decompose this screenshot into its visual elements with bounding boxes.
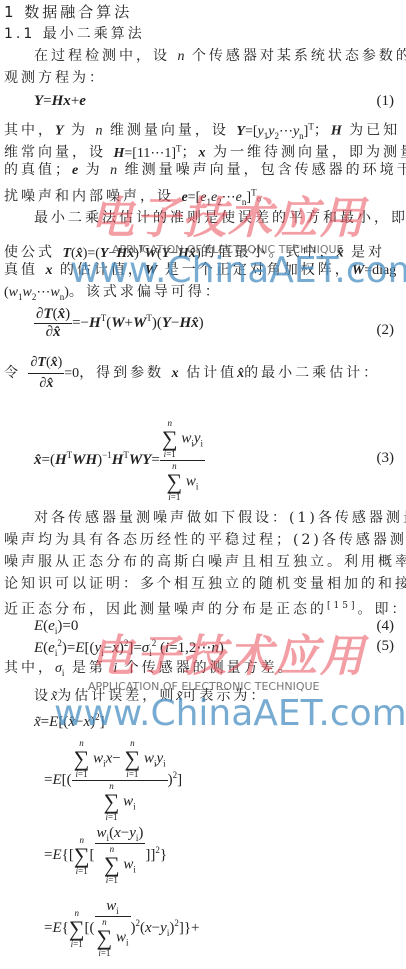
- equation-number: (3): [377, 450, 395, 467]
- equation-5: E(ei2)=E[(yi−x)2]=σi2 (i=1,2⋯n): [34, 638, 224, 658]
- paragraph-line: (w1w2⋯wn)。该式求偏导可得：: [4, 282, 222, 307]
- equation-number: (5): [377, 638, 395, 655]
- equation-number: (1): [377, 93, 395, 110]
- paragraph-line: 最小二乘法估计的准则是使误差的平方和最小，即: [34, 208, 406, 228]
- paragraph-line: 观测方程为：: [4, 68, 106, 88]
- section-heading: 1 数据融合算法: [4, 2, 132, 22]
- paragraph-line: 令 ∂T(x̂)∂x̂=0，得到参数 x 估计值x̂的最小二乘估计：: [4, 350, 380, 397]
- paragraph-line: 对各传感器量测噪声做如下假设：(1)各传感器测量: [34, 508, 406, 528]
- paragraph-line: 在过程检测中，设 n 个传感器对某系统状态参数的: [34, 46, 406, 67]
- paragraph-line: 设x̃为估计误差，则x̃可表示为：: [34, 686, 267, 707]
- equation-4: E(ei)=0: [34, 618, 78, 636]
- paragraph-line: 近正态分布，因此测量噪声的分布是正态的[15]。即：: [4, 596, 406, 620]
- paragraph-line: 的真值；e 为 n 维测量噪声向量，包含传感器的环境干: [4, 160, 406, 181]
- equation-6-line-4: =E{n∑i=1[(win∑i=1 wi)2(x−yi)2]}+: [44, 898, 199, 959]
- paragraph-line: 噪声服从正态分布的高斯白噪声且相互独立。利用概率: [4, 552, 406, 572]
- paragraph-line: 噪声均为具有各态历经性的平稳过程；(2)各传感器测量: [4, 530, 406, 550]
- equation-6-line-3: =E{[n∑i=1[wi(x−yi)n∑i=1 wi]]2}: [44, 825, 167, 886]
- equation-2: ∂T(x̂)∂x̂=−HT(W+WT)(Y−Hx̂): [34, 306, 204, 341]
- equation-1: Y=Hx+e: [34, 93, 86, 110]
- subsection-heading: 1.1 最小二乘算法: [4, 24, 145, 44]
- equation-3: x̂=(HTWH)−1HTWY=n∑i=1 wiyin∑i=1 wi: [34, 418, 205, 503]
- paragraph-line: 其中，σi 是第 i 个传感器的测量方差。: [4, 658, 295, 683]
- equation-6-line-1: x̃=E[(x̂−x)2]: [34, 712, 105, 731]
- equation-6-line-2: =E[(n∑i=1 wix− n∑i=1 wiyin∑i=1 wi)2]: [44, 738, 182, 823]
- equation-number: (2): [377, 322, 395, 339]
- equation-number: (4): [377, 618, 395, 635]
- paragraph-line: 论知识可以证明：多个相互独立的随机变量相加的和接: [4, 574, 406, 594]
- paragraph-line: 真值 x 的估计值，W 是一个正定对角加权阵，W=diag: [4, 260, 396, 281]
